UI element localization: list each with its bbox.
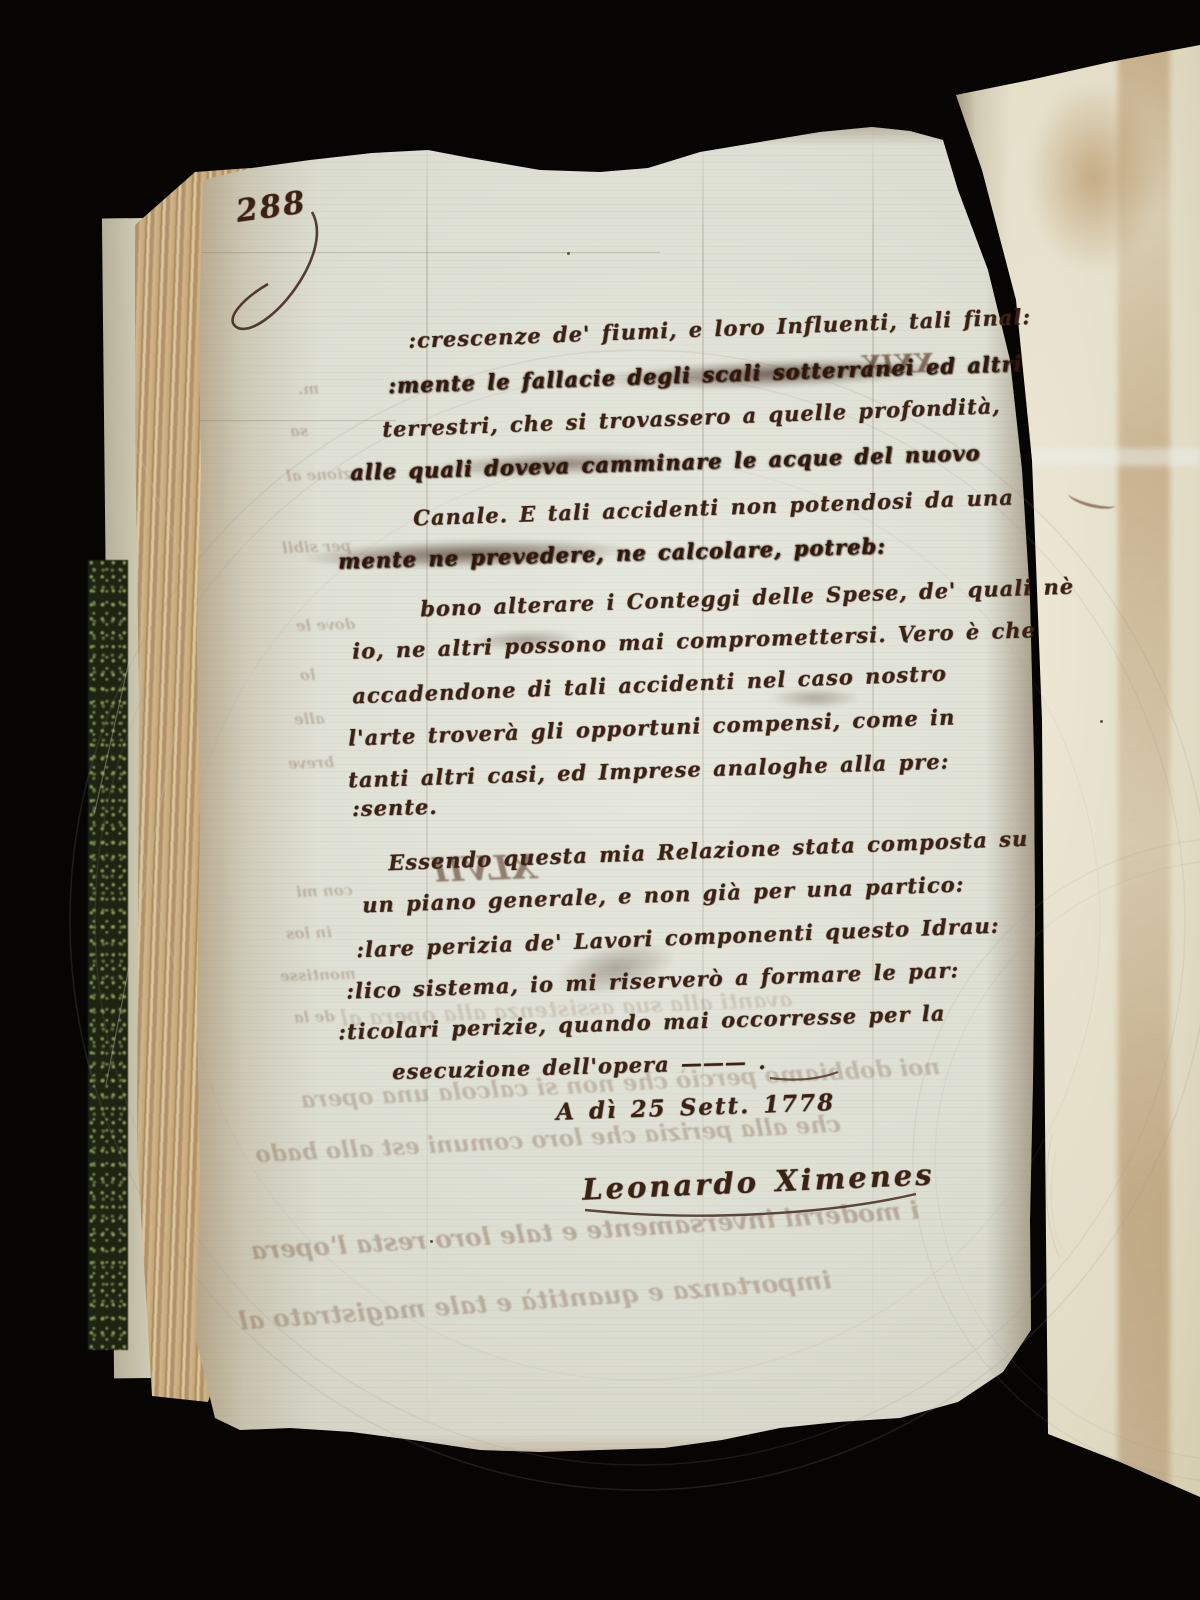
bleedthrough-margin-fragment: de la <box>294 1009 335 1025</box>
watermark-and-marks-overlay <box>0 0 1200 1600</box>
bleedthrough-margin-fragment: in los <box>286 925 332 942</box>
bleedthrough-margin-fragment: lo <box>300 668 316 684</box>
bleedthrough-margin-fragment: alle <box>294 711 325 727</box>
bleedthrough-margin-fragment: montisse <box>280 967 356 985</box>
speck <box>430 1240 433 1243</box>
bleedthrough-margin-fragment: con mi <box>296 883 353 900</box>
bleedthrough-margin-fragment: dove le <box>296 617 356 634</box>
speck <box>567 252 570 255</box>
folio-flourish <box>233 212 317 329</box>
bleedthrough-margin-fragment: m. <box>298 382 320 398</box>
bleedthrough-margin-fragment: breve <box>288 755 335 772</box>
bleedthrough-margin-fragment: sa <box>290 424 309 440</box>
manuscript-line: :sente. <box>352 796 438 819</box>
ink-smudge <box>770 688 860 708</box>
bleedthrough-margin-fragment: zione al <box>286 467 352 484</box>
speck <box>1100 720 1103 723</box>
speck <box>905 640 908 643</box>
manuscript-photo-scene: avanti alla sua assistenza alla opera al… <box>0 0 1200 1600</box>
